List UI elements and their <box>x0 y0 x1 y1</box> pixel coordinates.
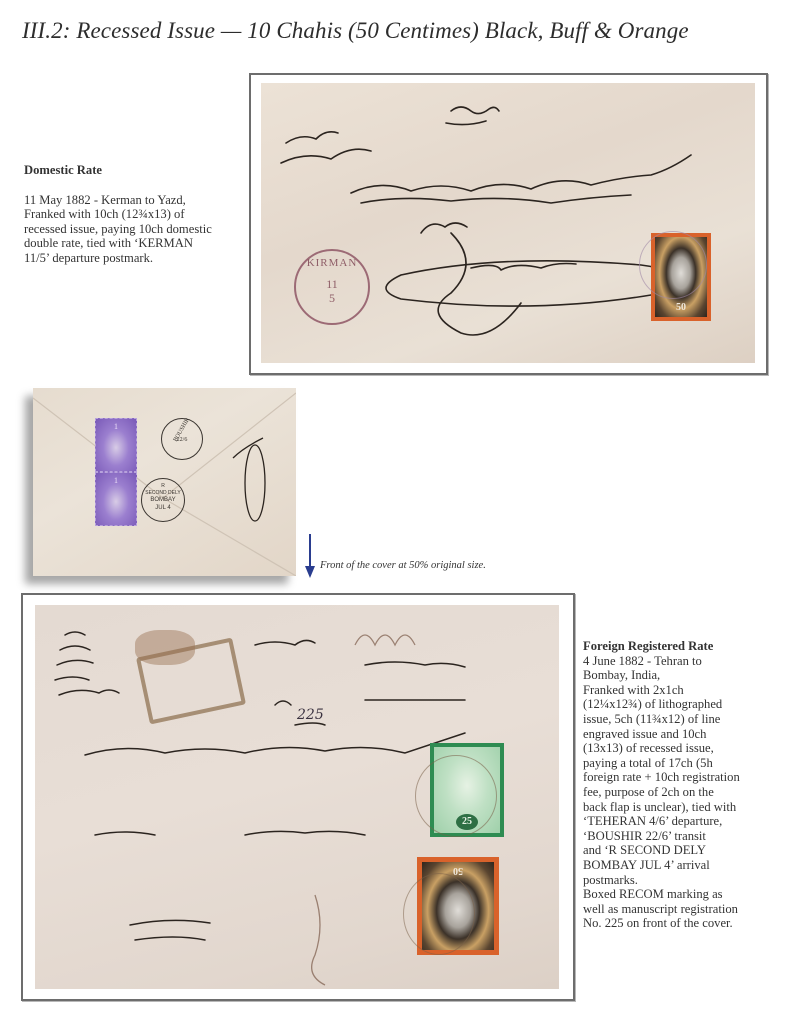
foreign-line: (12¼x12¾) of lithographed <box>583 697 788 712</box>
down-arrow-icon <box>304 534 316 578</box>
foreign-rate-heading: Foreign Registered Rate <box>583 639 788 654</box>
domestic-line: 11 May 1882 - Kerman to Yazd, <box>24 193 249 208</box>
domestic-line: double rate, tied with ‘KERMAN <box>24 236 249 251</box>
domestic-cover-frame: KIRMAN 11 5 50 <box>249 73 768 375</box>
bombay-postmark: R SECOND DELY BOMBAY JUL 4 <box>141 478 185 522</box>
foreign-line: (13x13) of recessed issue, <box>583 741 788 756</box>
foreign-line: well as manuscript registration <box>583 902 788 917</box>
stamp-1ch: 1 <box>95 418 137 472</box>
stamp-value: 50 <box>655 302 707 313</box>
domestic-line: 11/5’ departure postmark. <box>24 251 249 266</box>
teheran-postmark <box>415 755 497 837</box>
foreign-rate-description: Foreign Registered Rate 4 June 1882 - Te… <box>583 639 788 931</box>
registration-number: 225 <box>297 707 324 723</box>
postmark-day: 11 <box>296 277 368 292</box>
kirman-postmark: KIRMAN 11 5 <box>294 249 370 325</box>
foreign-line: Bombay, India, <box>583 668 788 683</box>
foreign-line: postmarks. <box>583 873 788 888</box>
foreign-line: engraved issue and 10ch <box>583 727 788 742</box>
foreign-line: ‘BOUSHIR 22/6’ transit <box>583 829 788 844</box>
foreign-cover-frame: 225 25 50 <box>21 593 575 1001</box>
foreign-line: Boxed RECOM marking as <box>583 887 788 902</box>
domestic-line: recessed issue, paying 10ch domestic <box>24 222 249 237</box>
postmark-month: 5 <box>296 291 368 306</box>
domestic-rate-heading: Domestic Rate <box>24 163 249 178</box>
postmark-town: KIRMAN <box>296 257 368 269</box>
domestic-line: Franked with 10ch (12¾x13) of <box>24 207 249 222</box>
foreign-line: Franked with 2x1ch <box>583 683 788 698</box>
foreign-cover-image: 225 25 50 <box>35 605 559 989</box>
stamp-1ch: 1 <box>95 472 137 526</box>
domestic-rate-description: Domestic Rate 11 May 1882 - Kerman to Ya… <box>24 163 249 266</box>
domestic-cover-image: KIRMAN 11 5 50 <box>261 83 755 363</box>
back-cover-image: 1 1 BOUSHIR 22/6 R SECOND DELY BOMBAY JU… <box>33 388 296 576</box>
stamp-cancel-postmark <box>403 873 475 955</box>
foreign-line: foreign rate + 10ch registration <box>583 770 788 785</box>
foreign-line: and ‘R SECOND DELY <box>583 843 788 858</box>
stamp-pair-1ch-lithographed: 1 1 <box>95 418 137 526</box>
foreign-line: 4 June 1882 - Tehran to <box>583 654 788 669</box>
foreign-line: ‘TEHERAN 4/6’ departure, <box>583 814 788 829</box>
foreign-line: paying a total of 17ch (5h <box>583 756 788 771</box>
front-cover-caption: Front of the cover at 50% original size. <box>320 560 486 571</box>
foreign-line: No. 225 on front of the cover. <box>583 916 788 931</box>
foreign-line: back flap is unclear), tied with <box>583 800 788 815</box>
ink-stain <box>135 630 195 665</box>
foreign-line: fee, purpose of 2ch on the <box>583 785 788 800</box>
foreign-line: BOMBAY JUL 4’ arrival <box>583 858 788 873</box>
boushir-postmark: BOUSHIR 22/6 <box>161 418 203 460</box>
foreign-line: issue, 5ch (11¾x12) of line <box>583 712 788 727</box>
stamp-cancel-postmark <box>639 231 707 299</box>
page-title: III.2: Recessed Issue — 10 Chahis (50 Ce… <box>22 18 689 44</box>
